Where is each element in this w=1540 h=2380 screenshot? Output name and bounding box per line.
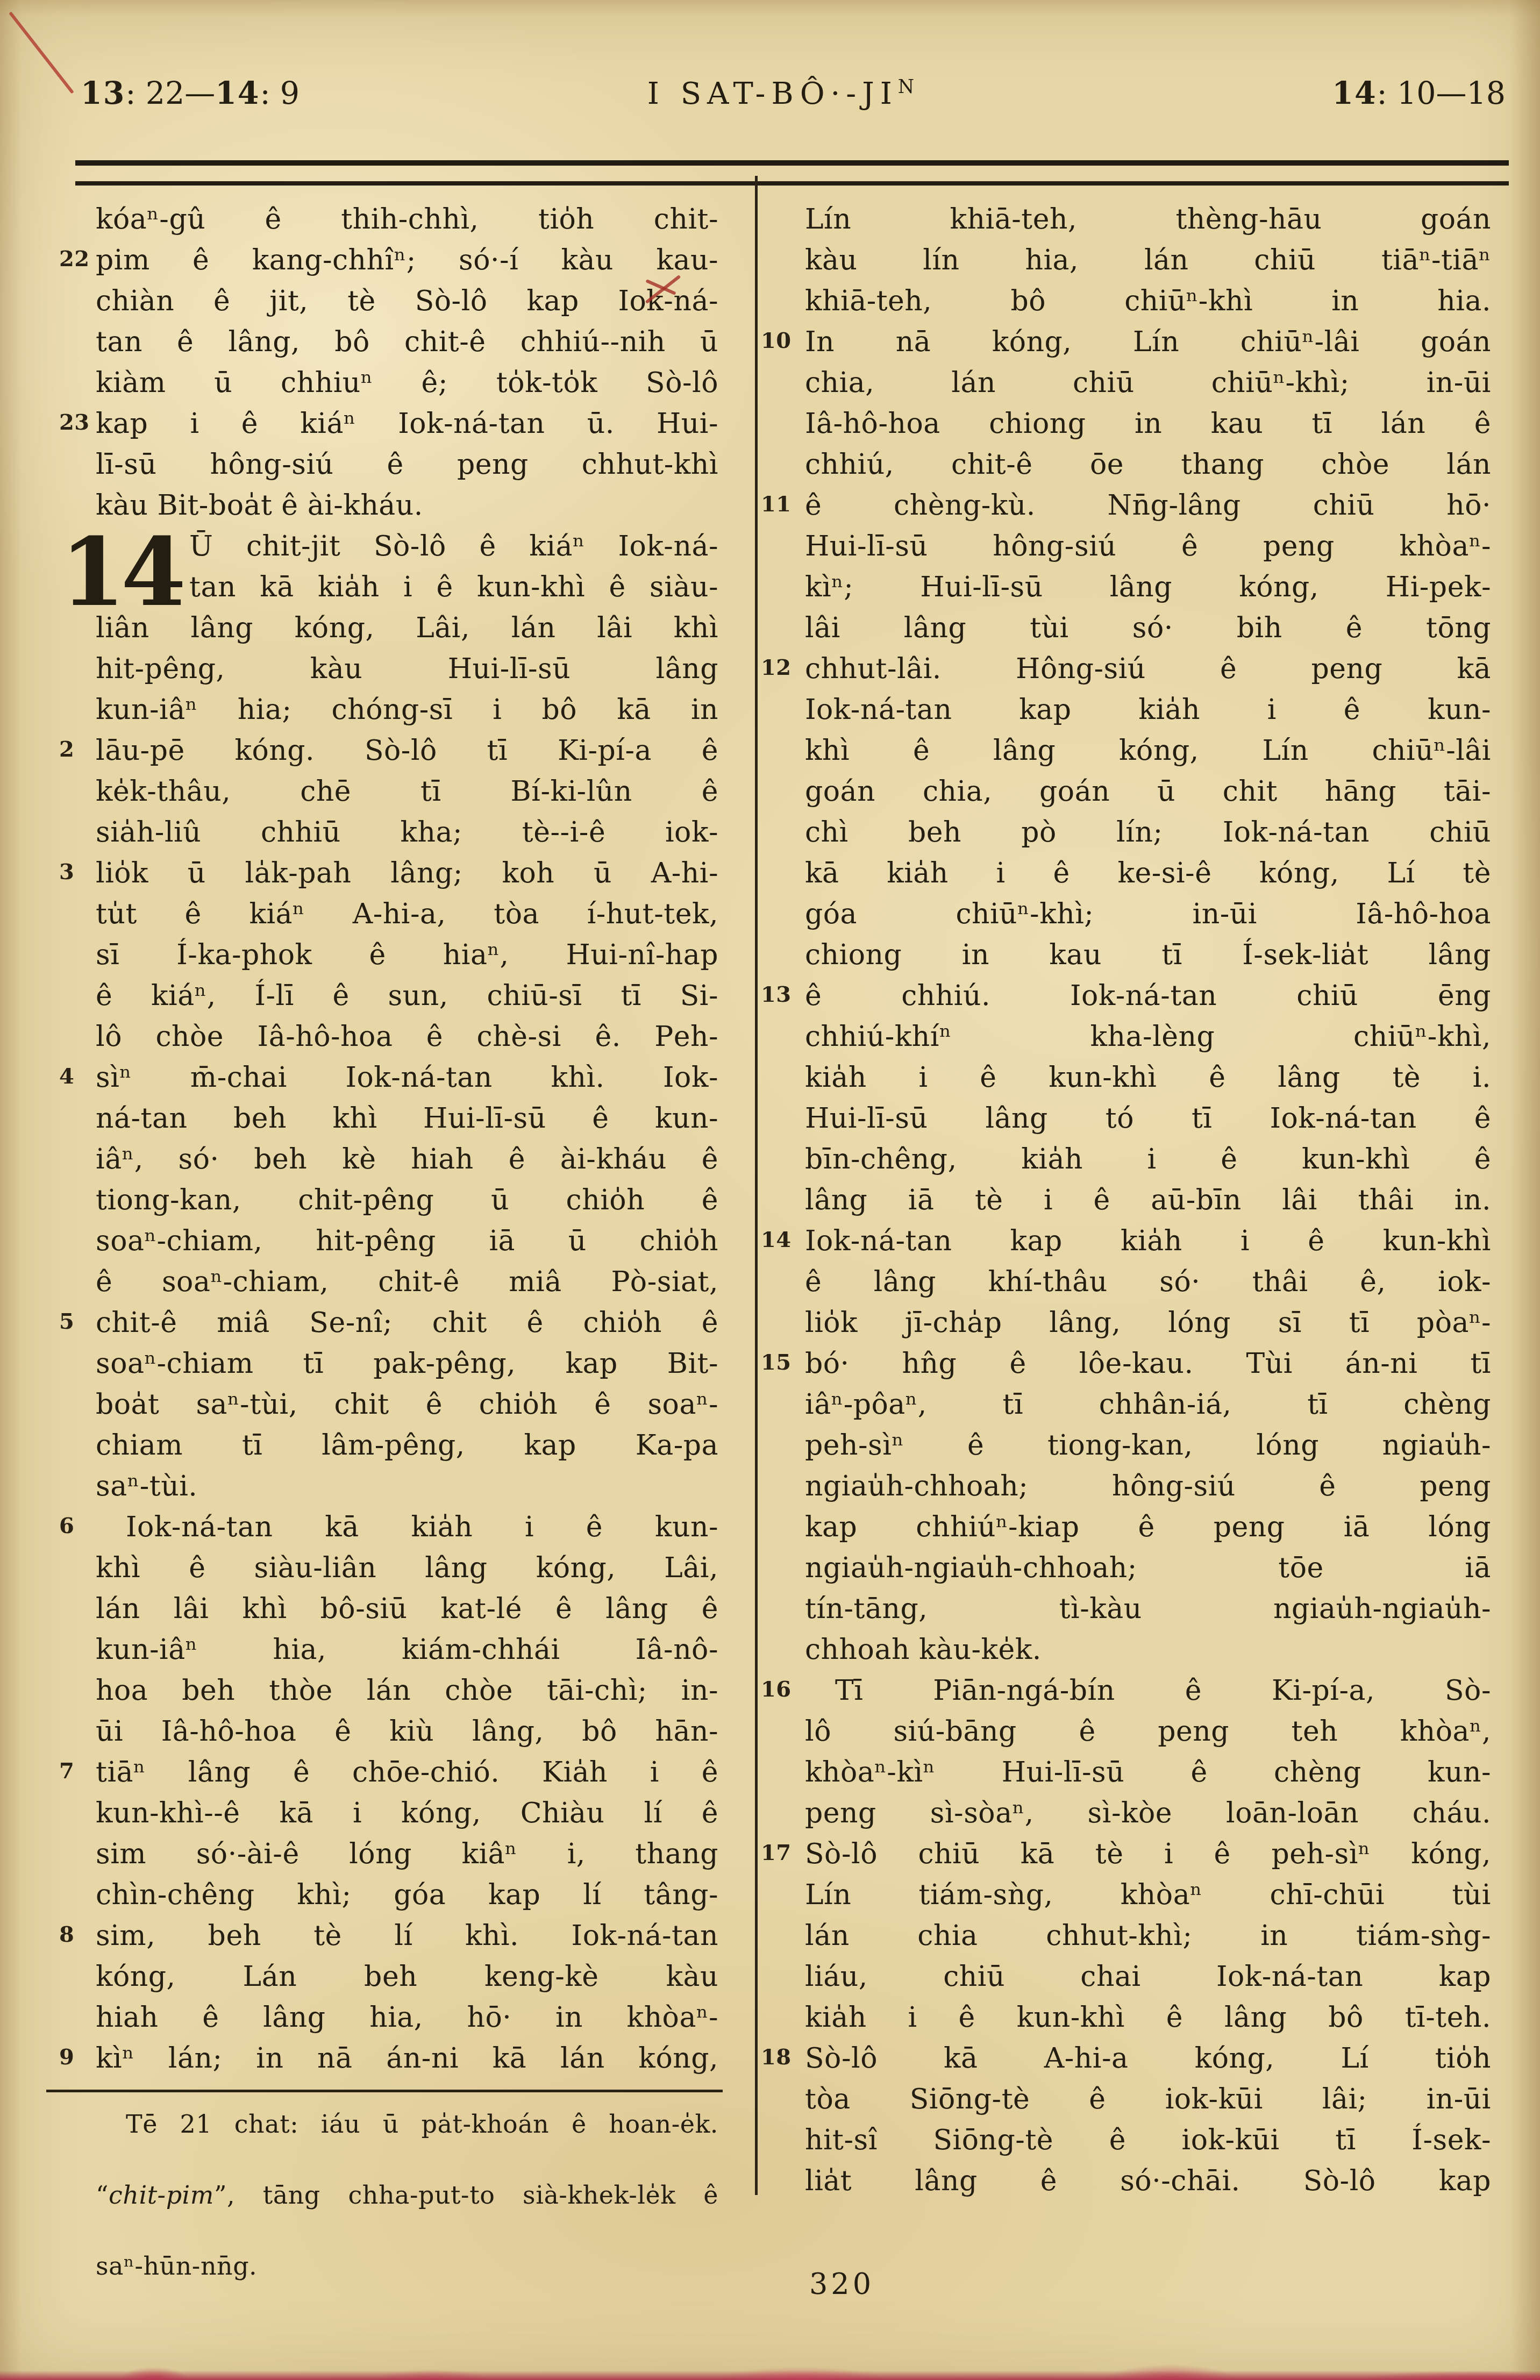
verse-number: 12 <box>761 655 800 680</box>
text-line: chìn-chêng khì; góa kap lí tâng- <box>96 1879 718 1920</box>
text-line: ê soaⁿ-chiam, chit-ê miâ Pò-siat, <box>96 1266 718 1307</box>
text-line: 23kap i ê kiáⁿ Iok-ná-tan ū. Hui- <box>96 408 718 448</box>
text-line: 13ê chhiú. Iok-ná-tan chiū ēng <box>805 980 1491 1021</box>
text-line: bīn-chêng, kia̍h i ê kun-khì ê <box>805 1143 1491 1184</box>
text-line: lī-sū hông-siú ê peng chhut-khì <box>96 448 718 489</box>
text-line: liân lâng kóng, Lâi, lán lâi khì <box>96 612 718 653</box>
text-line: 7tiāⁿ lâng ê chōe-chió. Kia̍h i ê <box>96 1756 718 1797</box>
text-line: sia̍h-liû chhiū kha; tè--i-ê iok- <box>96 816 718 857</box>
text-line: khì ê siàu-liân lâng kóng, Lâi, <box>96 1552 718 1593</box>
text-line: Hui-lī-sū hông-siú ê peng khòaⁿ- <box>805 530 1491 571</box>
text-line: 10In nā kóng, Lín chiūⁿ-lâi goán <box>805 326 1491 367</box>
text-line: Hui-lī-sū lâng tó tī Iok-ná-tan ê <box>805 1102 1491 1143</box>
text-line: iâⁿ-pôaⁿ, tī chhân-iá, tī chèng <box>805 1388 1491 1429</box>
footnote-text: saⁿ-hūn-nn̄g. <box>96 2251 257 2281</box>
verse-text: lia̍t lâng ê só·-chāi. Sò-lô kap <box>805 2165 1491 2229</box>
text-line: tín-tāng, tì-kàu ngiau̍h-ngiau̍h- <box>805 1593 1491 1634</box>
text-line: kun-iâⁿ hia; chóng-sī i bô kā in <box>96 694 718 735</box>
red-ink-correction-mark <box>637 272 686 309</box>
text-line: kóng, Lán beh keng-kè kàu <box>96 1961 718 2001</box>
text-line: kàu Bit-boa̍t ê ài-kháu. <box>96 489 718 530</box>
text-line: tiong-kan, chit-pêng ū chio̍h ê <box>96 1184 718 1225</box>
verse-number: 16 <box>761 1677 800 1702</box>
text-line: 8sim, beh tè lí khì. Iok-ná-tan <box>96 1920 718 1961</box>
verse-number: 4 <box>59 1064 91 1089</box>
text-line: khòaⁿ-kìⁿ Hui-lī-sū ê chèng kun- <box>805 1756 1491 1797</box>
text-line: kā kia̍h i ê ke-si-ê kóng, Lí tè <box>805 857 1491 898</box>
verse-text: kàu Bit-boa̍t ê ài-kháu. <box>96 489 718 522</box>
verse-number: 2 <box>59 737 91 762</box>
text-line: Ū chit-jit Sò-lô ê kiáⁿ Iok-ná- <box>96 530 718 571</box>
footnote-line: Tē 21 chat: iáu ū pa̍t-khoán ê hoan-e̍k. <box>96 2106 718 2177</box>
footnote-line: saⁿ-hūn-nn̄g. <box>96 2248 718 2284</box>
header-chapter-number: 14 <box>1332 75 1377 111</box>
text-line: liáu, chiū chai Iok-ná-tan kap <box>805 1961 1491 2001</box>
text-line: Lín khiā-teh, thèng-hāu goán <box>805 203 1491 244</box>
text-line: lán chia chhut-khì; in tiám-sǹg- <box>805 1920 1491 1961</box>
header-verse-text: : 22— <box>125 76 215 111</box>
page-number: 320 <box>809 2267 874 2301</box>
text-line: 15bó· hn̂g ê lôe-kau. Tùi án-ni tī <box>805 1348 1491 1388</box>
text-line: 9kìⁿ lán; in nā án-ni kā lán kóng, <box>96 2042 718 2083</box>
text-line: kàu lín hia, lán chiū tiāⁿ-tiāⁿ <box>805 244 1491 285</box>
text-line: Iâ-hô-hoa chiong in kau tī lán ê <box>805 408 1491 448</box>
text-line: 22pim ê kang-chhîⁿ; só·-í kàu kau- <box>96 244 718 285</box>
text-line: 11ê chèng-kù. Nn̄g-lâng chiū hō· <box>805 489 1491 530</box>
header-verse-text: : 10—18 <box>1377 76 1506 111</box>
text-line: chhiú-khíⁿ kha-lèng chiūⁿ-khì, <box>805 1021 1491 1061</box>
verse-number: 15 <box>761 1350 800 1375</box>
text-line: chhiú, chit-ê ōe thang chòe lán <box>805 448 1491 489</box>
verse-number: 5 <box>59 1309 91 1334</box>
verse-text: chhoah kàu-ke̍k. <box>805 1634 1491 1666</box>
text-line: 2lāu-pē kóng. Sò-lô tī Ki-pí-a ê <box>96 735 718 775</box>
text-line: soaⁿ-chiam tī pak-pêng, kap Bit- <box>96 1348 718 1388</box>
text-line: saⁿ-tùi. <box>96 1470 718 1511</box>
text-line: tan ê lâng, bô chit-ê chhiú--nih ū <box>96 326 718 367</box>
footnote: Tē 21 chat: iáu ū pa̍t-khoán ê hoan-e̍k.… <box>96 2090 718 2284</box>
verse-number: 22 <box>59 246 91 272</box>
text-line: boa̍t saⁿ-tùi, chit ê chio̍h ê soaⁿ- <box>96 1388 718 1429</box>
footnote-text: ”, tāng chha-put-to sià-khek-le̍k ê <box>214 2181 718 2210</box>
text-line: 4sìⁿ m̄-chai Iok-ná-tan khì. Iok- <box>96 1061 718 1102</box>
verse-number: 10 <box>761 328 800 353</box>
text-line: iâⁿ, só· beh kè hiah ê ài-kháu ê <box>96 1143 718 1184</box>
text-line: tu̍t ê kiáⁿ A-hi-a, tòa í-hut-tek, <box>96 898 718 939</box>
text-line: 3lio̍k ū la̍k-pah lâng; koh ū A-hi- <box>96 857 718 898</box>
scanned-book-page: 13: 22—14: 9 I SAT-BÔ·-JIN 14: 10—18 14 … <box>0 0 1540 2380</box>
text-line: ngiau̍h-ngiau̍h-chhoah; tōe iā <box>805 1552 1491 1593</box>
text-line: kóaⁿ-gû ê thih-chhì, tio̍h chit- <box>96 203 718 244</box>
text-line: kia̍h i ê kun-khì ê lâng bô tī-teh. <box>805 2001 1491 2042</box>
text-line: soaⁿ-chiam, hit-pêng iā ū chio̍h <box>96 1225 718 1266</box>
verse-text: kìⁿ lán; in nā án-ni kā lán kóng, <box>96 2042 718 2107</box>
text-line: chì beh pò lín; Iok-ná-tan chiū <box>805 816 1491 857</box>
text-line: Iok-ná-tan kap kia̍h i ê kun- <box>805 694 1491 735</box>
text-line: góa chiūⁿ-khì; in-ūi Iâ-hô-hoa <box>805 898 1491 939</box>
verse-number: 14 <box>761 1227 800 1252</box>
text-line: kiàm ū chhiuⁿ ê; to̍k-to̍k Sò-lô <box>96 367 718 408</box>
text-line: lô chòe Iâ-hô-hoa ê chè-si ê. Peh- <box>96 1021 718 1061</box>
verse-number: 11 <box>761 491 800 517</box>
text-line: lio̍k jī-cha̍p lâng, lóng sī tī pòaⁿ- <box>805 1307 1491 1348</box>
text-line: chiàn ê jit, tè Sò-lô kap Iok-ná- <box>96 285 718 326</box>
text-line: khiā-teh, bô chiūⁿ-khì in hia. <box>805 285 1491 326</box>
text-line: tòa Siōng-tè ê iok-kūi lâi; in-ūi <box>805 2083 1491 2124</box>
footnote-line: “chit-pim”, tāng chha-put-to sià-khek-le… <box>96 2177 718 2248</box>
text-line: sim só·-ài-ê lóng kiâⁿ i, thang <box>96 1838 718 1879</box>
verse-number: 23 <box>59 410 91 435</box>
text-line: hit-pêng, kàu Hui-lī-sū lâng <box>96 653 718 694</box>
header-chapter-number: 14 <box>215 75 260 111</box>
text-line: lâng iā tè i ê aū-bīn lâi thâi in. <box>805 1184 1491 1225</box>
text-line: kia̍h i ê kun-khì ê lâng tè i. <box>805 1061 1491 1102</box>
text-line: chiong in kau tī Í-sek-lia̍t lâng <box>805 939 1491 980</box>
text-line: lô siú-bāng ê peng teh khòaⁿ, <box>805 1715 1491 1756</box>
verse-number: 3 <box>59 859 91 885</box>
text-line: peng sì-sòaⁿ, sì-kòe loān-loān cháu. <box>805 1797 1491 1838</box>
text-line: chhoah kàu-ke̍k. <box>805 1634 1491 1674</box>
page-header: 13: 22—14: 9 I SAT-BÔ·-JIN 14: 10—18 <box>81 75 1506 124</box>
verse-number: 9 <box>59 2044 91 2070</box>
text-line: sī Í-ka-phok ê hiaⁿ, Hui-nî-hap <box>96 939 718 980</box>
text-line: ê lâng khí-thâu só· thâi ê, iok- <box>805 1266 1491 1307</box>
text-line: 6Iok-ná-tan kā kia̍h i ê kun- <box>96 1511 718 1552</box>
text-line: goán chia, goán ū chit hāng tāi- <box>805 775 1491 816</box>
text-line: kun-khì--ê kā i kóng, Chiàu lí ê <box>96 1797 718 1838</box>
verse-number: 13 <box>761 982 800 1007</box>
book-title-superscript-n: N <box>898 76 915 98</box>
text-line: lia̍t lâng ê só·-chāi. Sò-lô kap <box>805 2165 1491 2206</box>
text-line: kìⁿ; Hui-lī-sū lâng kóng, Hi-pek- <box>805 571 1491 612</box>
text-line: tan kā kia̍h i ê kun-khì ê siàu- <box>96 571 718 612</box>
verse-number: 17 <box>761 1840 800 1865</box>
text-line: ná-tan beh khì Hui-lī-sū ê kun- <box>96 1102 718 1143</box>
text-line: 14Iok-ná-tan kap kia̍h i ê kun-khì <box>805 1225 1491 1266</box>
text-line: ke̍k-thâu, chē tī Bí-ki-lûn ê <box>96 775 718 816</box>
book-title: I SAT-BÔ·-JIN <box>647 76 916 111</box>
text-line: chia, lán chiū chiūⁿ-khì; in-ūi <box>805 367 1491 408</box>
page-edge-red-stain <box>0 2352 1540 2380</box>
text-line: hoa beh thòe lán chòe tāi-chì; in- <box>96 1674 718 1715</box>
text-line: lâi lâng tùi só· bih ê tōng <box>805 612 1491 653</box>
text-line: Lín tiám-sǹg, khòaⁿ chī-chūi tùi <box>805 1879 1491 1920</box>
text-line: 17Sò-lô chiū kā tè i ê peh-sìⁿ kóng, <box>805 1838 1491 1879</box>
column-divider-rule <box>755 176 758 2195</box>
text-line: chiam tī lâm-pêng, kap Ka-pa <box>96 1429 718 1470</box>
header-chapter-number: 13 <box>81 75 125 111</box>
text-line: khì ê lâng kóng, Lín chiūⁿ-lâi <box>805 735 1491 775</box>
text-line: kun-iâⁿ hia, kiám-chhái Iâ-nô- <box>96 1634 718 1674</box>
header-verse-range-left: 13: 22—14: 9 <box>81 75 300 111</box>
header-verse-range-right: 14: 10—18 <box>1332 75 1506 111</box>
text-line: ê kiáⁿ, Í-lī ê sun, chiū-sī tī Si- <box>96 980 718 1021</box>
text-line: 12chhut-lâi. Hông-siú ê peng kā <box>805 653 1491 694</box>
text-line: 16Tī Piān-ngá-bín ê Ki-pí-a, Sò- <box>805 1674 1491 1715</box>
red-pen-corner-mark <box>9 11 74 94</box>
verse-number: 18 <box>761 2044 800 2070</box>
footnote-text: “ <box>96 2181 109 2210</box>
text-line: hiah ê lâng hia, hō· in khòaⁿ- <box>96 2001 718 2042</box>
text-line: kap chhiúⁿ-kiap ê peng iā lóng <box>805 1511 1491 1552</box>
footnote-text: Tē 21 chat: iáu ū pa̍t-khoán ê hoan-e̍k. <box>126 2110 718 2139</box>
verse-number: 7 <box>59 1758 91 1784</box>
text-column-left: 14 kóaⁿ-gû ê thih-chhì, tio̍h chit-22pim… <box>96 203 718 2284</box>
text-line: 5chit-ê miâ Se-nî; chit ê chio̍h ê <box>96 1307 718 1348</box>
text-column-right: Lín khiā-teh, thèng-hāu goánkàu lín hia,… <box>805 203 1491 2206</box>
text-line: peh-sìⁿ ê tiong-kan, lóng ngiau̍h- <box>805 1429 1491 1470</box>
header-verse-text: : 9 <box>260 76 300 111</box>
text-line: ūi Iâ-hô-hoa ê kiù lâng, bô hān- <box>96 1715 718 1756</box>
verse-number: 6 <box>59 1513 91 1538</box>
footnote-italic-term: chit-pim <box>109 2181 214 2210</box>
book-title-text: I SAT-BÔ·-JI <box>647 76 898 111</box>
verse-text: saⁿ-tùi. <box>96 1470 718 1502</box>
text-line: hit-sî Siōng-tè ê iok-kūi tī Í-sek- <box>805 2124 1491 2165</box>
text-line: lán lâi khì bô-siū kat-lé ê lâng ê <box>96 1593 718 1634</box>
header-double-rule <box>75 160 1509 186</box>
verse-number: 8 <box>59 1922 91 1947</box>
text-line: ngiau̍h-chhoah; hông-siú ê peng <box>805 1470 1491 1511</box>
text-line: 18Sò-lô kā A-hi-a kóng, Lí tio̍h <box>805 2042 1491 2083</box>
